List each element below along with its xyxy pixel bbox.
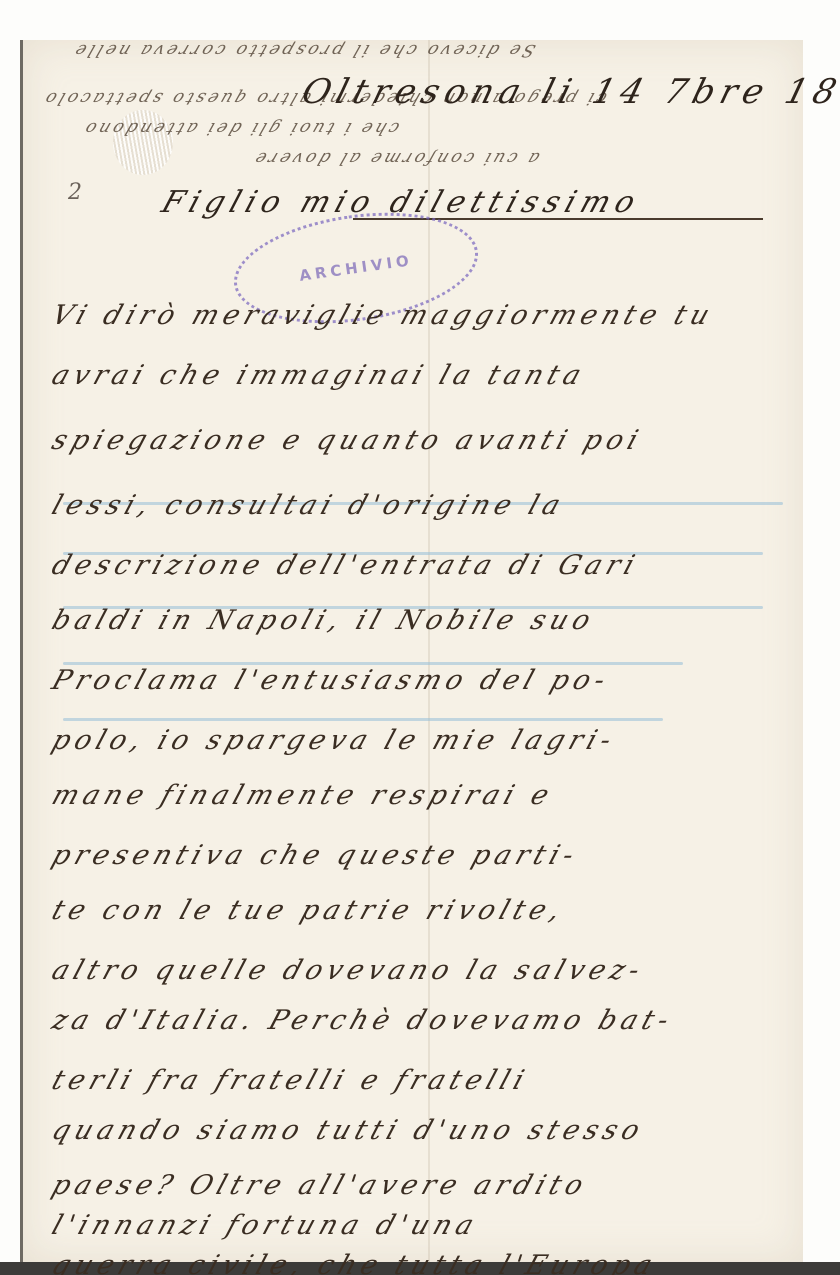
letter-line: guerra civile, che tutta l'Europa — [48, 1250, 798, 1275]
stamp-text: ARCHIVIO — [298, 251, 414, 285]
bleed-through-line: Se dicevo che il prospetto correva nelle — [69, 40, 538, 60]
letter-line: Vi dirò meraviglie maggiormente tu — [48, 300, 798, 331]
letter-line: za d'Italia. Perchè dovevamo bat- — [48, 1005, 798, 1036]
letter-line: spiegazione e quanto avanti poi — [48, 425, 798, 456]
letter-line: l'innanzi fortuna d'una — [48, 1210, 798, 1241]
letter-line: mane finalmente respirai e — [48, 780, 798, 811]
letter-line: Proclama l'entusiasmo del po- — [48, 665, 798, 696]
page-number: 2 — [68, 180, 82, 205]
letter-line: polo, io spargeva le mie lagri- — [48, 725, 798, 756]
letter-line: lessi, consultai d'origine la — [48, 490, 798, 521]
letter-line: avrai che immaginai la tanta — [48, 360, 798, 391]
bleed-through-line: che i tuoi gli dei attendono — [79, 118, 402, 138]
letter-line: te con le tue patrie rivolte, — [48, 895, 798, 926]
blue-pencil-mark — [63, 718, 663, 721]
letter-line: presentiva che queste parti- — [48, 840, 798, 871]
letter-line: quando siamo tutti d'uno stesso — [48, 1115, 798, 1146]
letter-line: baldi in Napoli, il Nobile suo — [48, 605, 798, 636]
letter-line: descrizione dell'entrata di Gari — [48, 550, 798, 581]
bleed-through-line: a cui conforme al dovere — [249, 148, 542, 168]
letter-line: paese? Oltre all'avere ardito — [48, 1170, 798, 1201]
letter-line: altro quelle dovevano la salvez- — [48, 955, 798, 986]
place-and-date: Oltresona li 14 7bre 1860 — [298, 72, 840, 112]
letter-line: terli fra fratelli e fratelli — [48, 1065, 798, 1096]
letter-page: 2 Se dicevo che il prospetto correva nel… — [20, 40, 803, 1262]
